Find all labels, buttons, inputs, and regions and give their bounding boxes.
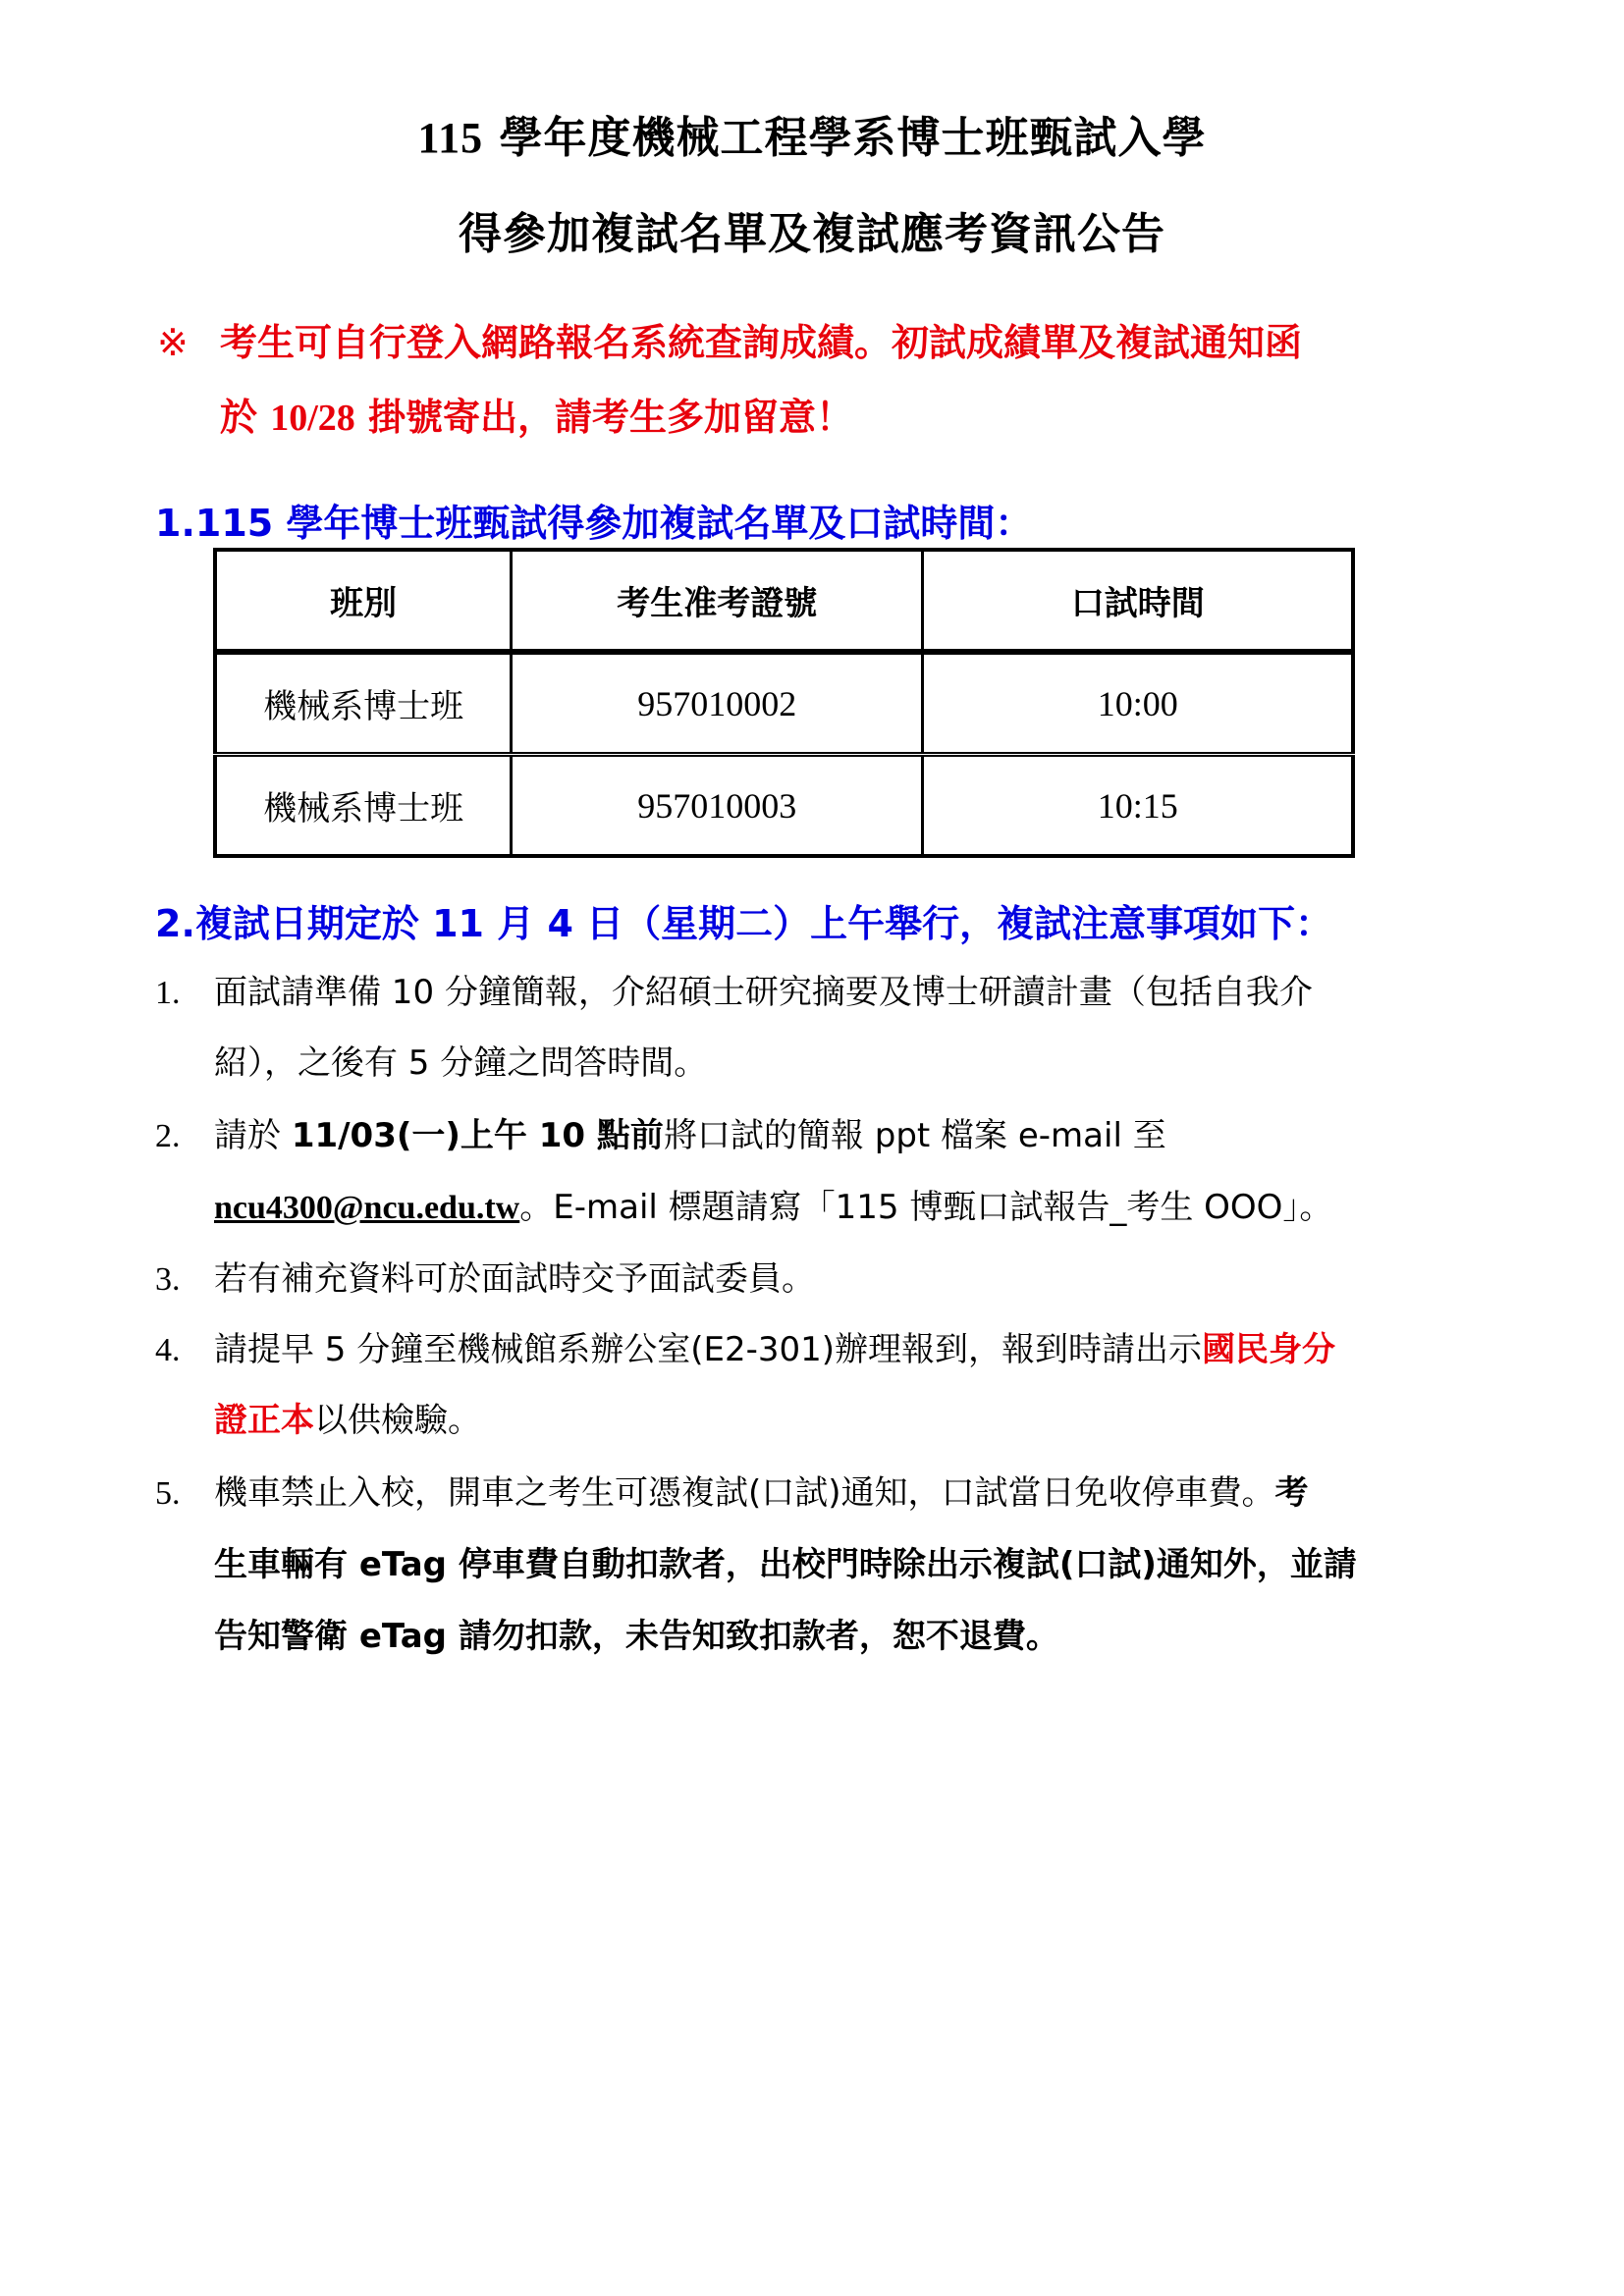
section1-heading: 1.115 學年博士班甄試得參加複試名單及口試時間： [155,493,1032,547]
list-item-4-cont: 證正本以供檢驗。 [214,1384,1510,1457]
list-item-2: 2.請於 11/03(一)上午 10 點前將口試的簡報 ppt 檔案 e-mai… [155,1099,1510,1173]
item-number: 4. [155,1314,214,1387]
cell-class: 機械系博士班 [215,755,512,857]
item-number: 1. [155,957,214,1030]
item-number: 2. [155,1100,214,1173]
list-item-5-cont1: 生車輛有 eTag 停車費自動扣款者，出校門時除出示複試(口試)通知外，並請 [214,1528,1510,1601]
item-text: 。E-mail 標題請寫「115 博甄口試報告_考生 OOO」。 [519,1188,1332,1227]
cell-interview-time: 10:15 [923,755,1353,857]
list-item-1: 1.面試請準備 10 分鐘簡報，介紹碩士研究摘要及博士研讀計畫（包括自我介 [155,956,1510,1030]
title-text: 學年度機械工程學系博士班甄試入學 [483,113,1206,163]
item-text: 將口試的簡報 ppt 檔案 e-mail 至 [664,1116,1166,1155]
notice-text: 於 [220,396,270,439]
notice-text: 考生可自行登入網路報名系統查詢成績。初試成績單及複試通知函 [220,321,1302,364]
item-number: 5. [155,1458,214,1530]
table-row: 機械系博士班 957010002 10:00 [215,652,1353,755]
notice-text: 掛號寄出，請考生多加留意！ [355,396,853,439]
email-link[interactable]: ncu4300@ncu.edu.tw [214,1190,519,1226]
page-title-line2: 得參加複試名單及複試應考資訊公告 [0,198,1624,261]
cell-exam-id: 957010002 [512,652,923,755]
title-year: 115 [418,114,484,162]
candidate-table: 班別 考生准考證號 口試時間 機械系博士班 957010002 10:00 機械… [213,548,1355,858]
id-card-highlight: 國民身分 [1202,1330,1335,1369]
deadline-text: 11/03(一)上午 10 點前 [292,1116,664,1155]
list-item-5-cont2: 告知警衛 eTag 請勿扣款，未告知致扣款者，恕不退費。 [214,1600,1510,1673]
table-header-row: 班別 考生准考證號 口試時間 [215,550,1353,652]
cell-class: 機械系博士班 [215,652,512,755]
item-number: 3. [155,1244,214,1316]
item-text: 以供檢驗。 [314,1401,481,1440]
announcement-page: 115 學年度機械工程學系博士班甄試入學 得參加複試名單及複試應考資訊公告 ※考… [0,0,1624,2296]
table-row: 機械系博士班 957010003 10:15 [215,755,1353,857]
header-exam-id: 考生准考證號 [512,550,923,652]
list-item-4: 4.請提早 5 分鐘至機械館系辦公室(E2-301)辦理報到，報到時請出示國民身… [155,1313,1510,1387]
header-interview-time: 口試時間 [923,550,1353,652]
item-text: 機車禁止入校，開車之考生可憑複試(口試)通知，口試當日免收停車費。 [214,1473,1275,1513]
notice-date: 10/28 [270,398,355,439]
list-item-1-cont: 紹），之後有 5 分鐘之問答時間。 [214,1027,1510,1099]
section2-heading: 2.複試日期定於 11 月 4 日（星期二）上午舉行，複試注意事項如下： [155,893,1332,947]
page-title-line1: 115 學年度機械工程學系博士班甄試入學 [0,102,1624,165]
etag-warning-text: 考 [1275,1473,1309,1513]
item-text: 若有補充資料可於面試時交予面試委員。 [214,1259,815,1299]
header-class: 班別 [215,550,512,652]
item-text: 請提早 5 分鐘至機械館系辦公室(E2-301)辦理報到，報到時請出示 [214,1330,1202,1369]
list-item-5: 5.機車禁止入校，開車之考生可憑複試(口試)通知，口試當日免收停車費。考 [155,1457,1510,1530]
notice-line2: 於 10/28 掛號寄出，請考生多加留意！ [220,387,853,441]
cell-exam-id: 957010003 [512,755,923,857]
reference-mark-icon: ※ [157,321,220,364]
list-item-3: 3.若有補充資料可於面試時交予面試委員。 [155,1243,1510,1316]
cell-interview-time: 10:00 [923,652,1353,755]
id-card-highlight: 證正本 [214,1401,314,1440]
list-item-2-cont: ncu4300@ncu.edu.tw。E-mail 標題請寫「115 博甄口試報… [214,1171,1510,1245]
notice-line1: ※考生可自行登入網路報名系統查詢成績。初試成績單及複試通知函 [157,312,1302,366]
item-text: 請於 [214,1116,292,1155]
item-text: 面試請準備 10 分鐘簡報，介紹碩士研究摘要及博士研讀計畫（包括自我介 [214,973,1313,1012]
